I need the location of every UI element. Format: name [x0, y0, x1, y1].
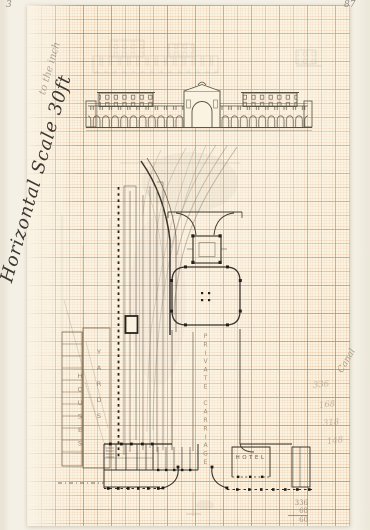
central-gateway: [184, 82, 220, 127]
ink-elevation: [86, 82, 312, 130]
faint-elevation-sketch: [93, 40, 322, 73]
calc-line: 68: [288, 507, 308, 515]
private-carriage-road: [172, 329, 254, 452]
hotel-label: HOTEL: [234, 455, 268, 461]
page-number-top-right: 87: [344, 0, 355, 10]
yards-label: YARDS: [95, 348, 103, 428]
pencil-calculation: 336 68 60: [288, 499, 308, 524]
margin-number: 168: [319, 399, 336, 411]
houses-label: HOUSES: [76, 372, 84, 453]
margin-number: 148: [327, 435, 344, 447]
signal-box: [126, 316, 138, 333]
left-pavilion: [97, 93, 155, 107]
right-pavilion: [241, 93, 299, 107]
scanned-drawing: Horizontal Scale 30ft to the inch Canal …: [0, 0, 370, 530]
station-building: [58, 443, 314, 516]
calc-line: 60: [288, 515, 308, 524]
margin-number: 318: [323, 417, 340, 429]
margin-number: 336: [313, 379, 330, 391]
private-carriage-label: PRIVATE CARRIAGE: [202, 333, 209, 467]
house-yard-plots: [62, 215, 110, 468]
page-number-top-left: 3: [6, 0, 12, 10]
calc-line: 336: [288, 499, 308, 507]
